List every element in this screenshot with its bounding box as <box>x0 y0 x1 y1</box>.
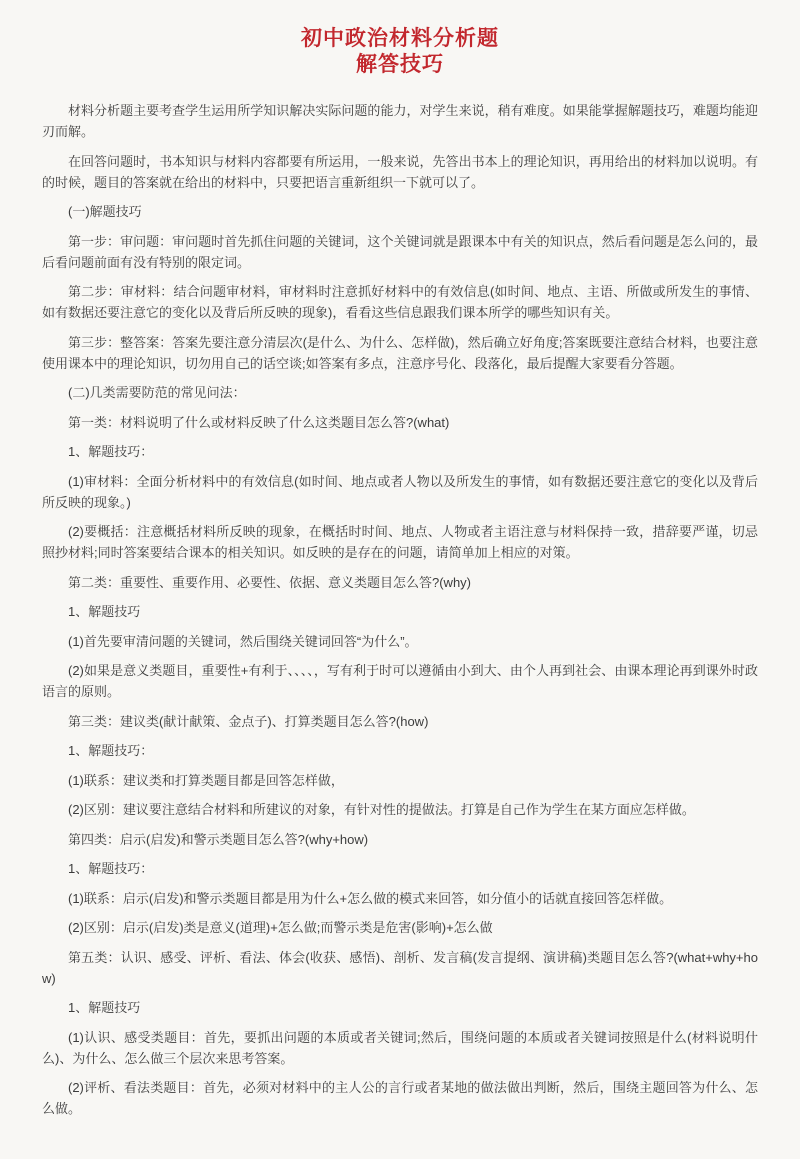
paragraph: 1、解题技巧 <box>42 997 758 1018</box>
paragraph: (1)审材料：全面分析材料中的有效信息(如时间、地点或者人物以及所发生的事情，如… <box>42 471 758 513</box>
paragraph: (2)评析、看法类题目：首先，必须对材料中的主人公的言行或者某地的做法做出判断，… <box>42 1077 758 1119</box>
paragraph: 在回答问题时，书本知识与材料内容都要有所运用，一般来说，先答出书本上的理论知识，… <box>42 151 758 193</box>
paragraph: (1)联系：启示(启发)和警示类题目都是用为什么+怎么做的模式来回答，如分值小的… <box>42 888 758 909</box>
paragraph: 1、解题技巧： <box>42 858 758 879</box>
paragraph: (2)如果是意义类题目，重要性+有利于、、、、，写有利于时可以遵循由小到大、由个… <box>42 660 758 702</box>
paragraph: (一)解题技巧 <box>42 201 758 222</box>
paragraph: 第二步：审材料：结合问题审材料，审材料时注意抓好材料中的有效信息(如时间、地点、… <box>42 281 758 323</box>
paragraph: 第三类：建议类(献计献策、金点子)、打算类题目怎么答?(how) <box>42 711 758 732</box>
page-title-line1: 初中政治材料分析题 <box>42 26 758 52</box>
paragraph: 第五类：认识、感受、评析、看法、体会(收获、感悟)、剖析、发言稿(发言提纲、演讲… <box>42 947 758 989</box>
paragraph: 第一类：材料说明了什么或材料反映了什么这类题目怎么答?(what) <box>42 412 758 433</box>
paragraph: 1、解题技巧 <box>42 601 758 622</box>
page-title-line2: 解答技巧 <box>42 52 758 78</box>
paragraph: (1)联系：建议类和打算类题目都是回答怎样做， <box>42 770 758 791</box>
paragraph: (2)要概括：注意概括材料所反映的现象，在概括时时间、地点、人物或者主语注意与材… <box>42 521 758 563</box>
document-body: 材料分析题主要考查学生运用所学知识解决实际问题的能力，对学生来说，稍有难度。如果… <box>42 100 758 1119</box>
paragraph: 第二类：重要性、重要作用、必要性、依据、意义类题目怎么答?(why) <box>42 572 758 593</box>
paragraph: 1、解题技巧： <box>42 441 758 462</box>
paragraph: (1)认识、感受类题目：首先，要抓出问题的本质或者关键词;然后，围绕问题的本质或… <box>42 1027 758 1069</box>
page-title: 初中政治材料分析题 解答技巧 <box>42 26 758 78</box>
paragraph: 材料分析题主要考查学生运用所学知识解决实际问题的能力，对学生来说，稍有难度。如果… <box>42 100 758 142</box>
paragraph: 第三步：整答案：答案先要注意分清层次(是什么、为什么、怎样做)，然后确立好角度;… <box>42 332 758 374</box>
paragraph: 第四类：启示(启发)和警示类题目怎么答?(why+how) <box>42 829 758 850</box>
paragraph: (二)几类需要防范的常见问法： <box>42 382 758 403</box>
paragraph: (2)区别：建议要注意结合材料和所建议的对象，有针对性的提做法。打算是自己作为学… <box>42 799 758 820</box>
paragraph: (2)区别：启示(启发)类是意义(道理)+怎么做;而警示类是危害(影响)+怎么做 <box>42 917 758 938</box>
paragraph: 第一步：审问题：审问题时首先抓住问题的关键词，这个关键词就是跟课本中有关的知识点… <box>42 231 758 273</box>
paragraph: 1、解题技巧： <box>42 740 758 761</box>
paragraph: (1)首先要审清问题的关键词，然后围绕关键词回答“为什么”。 <box>42 631 758 652</box>
document-page: 初中政治材料分析题 解答技巧 材料分析题主要考查学生运用所学知识解决实际问题的能… <box>0 0 800 1159</box>
